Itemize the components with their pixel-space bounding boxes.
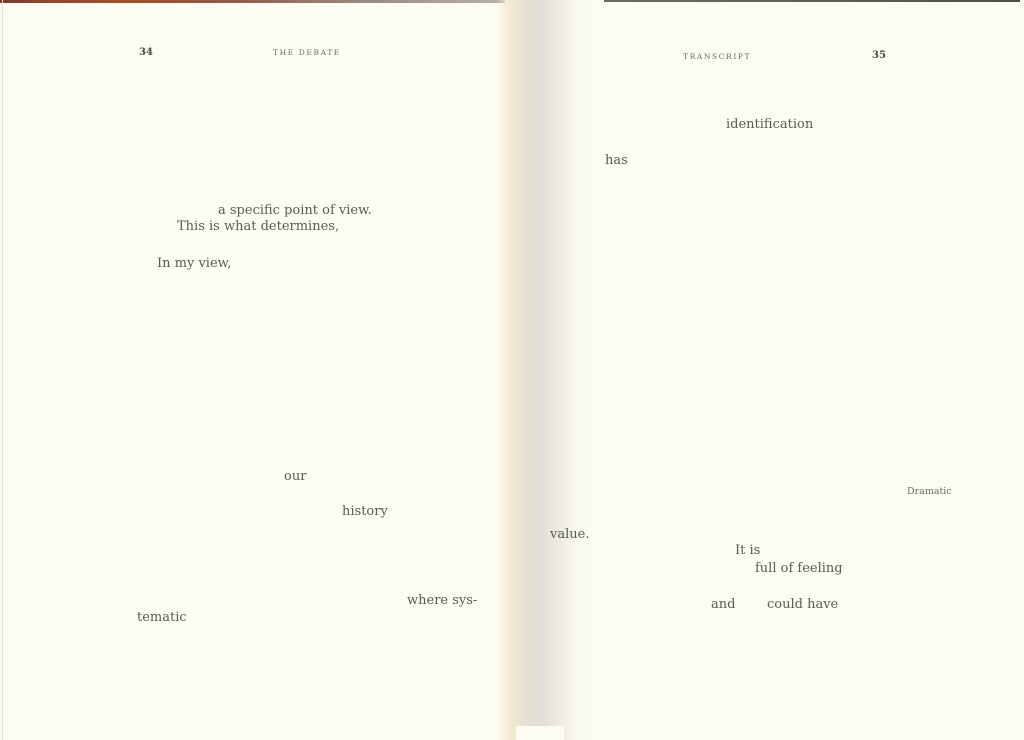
text-fragment: full of feeling xyxy=(755,562,843,575)
text-fragment: This is what determines, xyxy=(177,220,339,233)
text-fragment: where sys- xyxy=(407,594,477,607)
text-fragment: our xyxy=(284,470,306,483)
text-fragment: could have xyxy=(767,598,838,611)
book-spread: 34 THE DEBATE a specific point of view. … xyxy=(0,0,1024,740)
text-fragment: Dramatic xyxy=(907,487,952,497)
right-page: TRANSCRIPT 35 identification has Dramati… xyxy=(560,0,1024,740)
text-fragment: It is xyxy=(735,544,760,557)
text-fragment: tematic xyxy=(137,611,187,624)
text-fragment: a specific point of view. xyxy=(218,204,372,217)
text-fragment: identification xyxy=(726,118,813,131)
right-page-number: 35 xyxy=(872,51,886,61)
right-running-head: TRANSCRIPT xyxy=(683,53,751,61)
text-fragment: and xyxy=(711,598,735,611)
text-fragment: value. xyxy=(550,528,589,541)
text-fragment: has xyxy=(605,154,628,167)
gutter-bottom-edge xyxy=(516,726,564,740)
left-running-head: THE DEBATE xyxy=(273,49,341,57)
left-page: 34 THE DEBATE a specific point of view. … xyxy=(0,0,505,740)
text-fragment: history xyxy=(342,505,388,518)
left-page-number: 34 xyxy=(139,48,153,58)
text-fragment: In my view, xyxy=(157,257,231,270)
